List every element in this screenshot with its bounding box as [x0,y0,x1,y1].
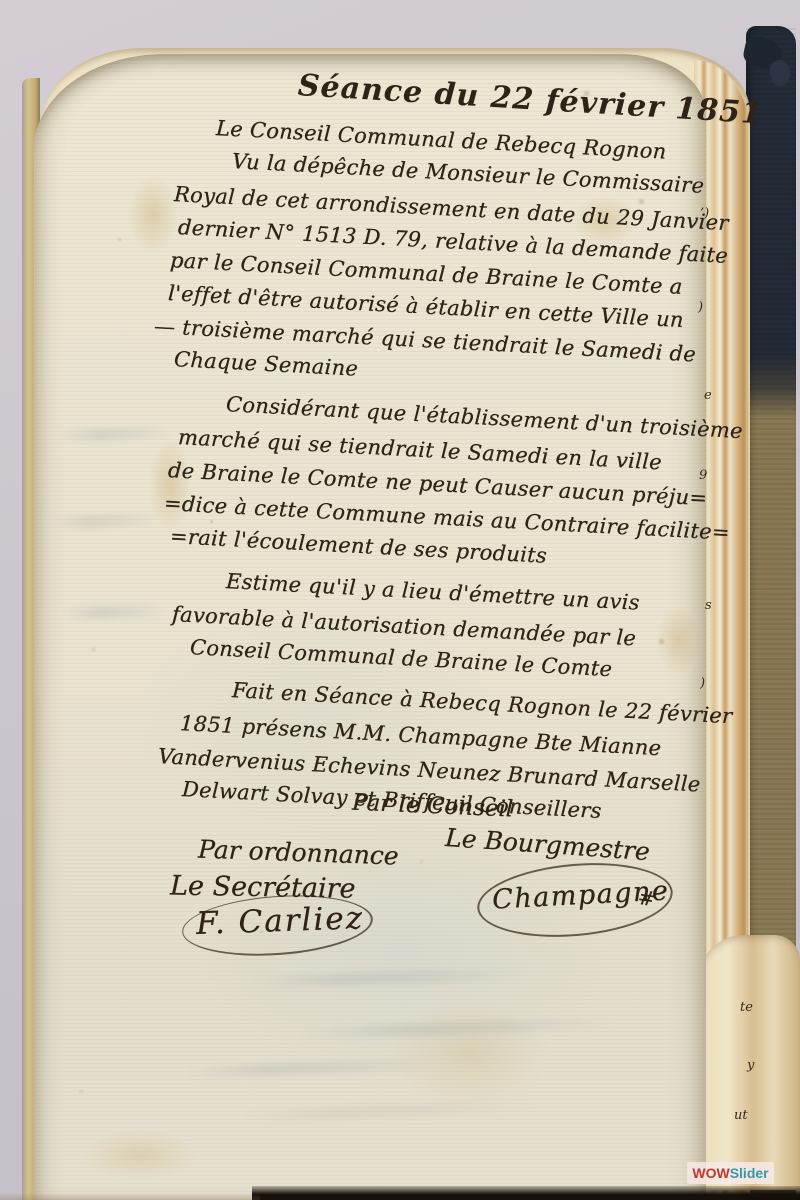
paper-stain [60,1120,220,1190]
bottom-shadow [0,1193,260,1200]
foxing-dots [0,0,3,3]
signature-paraph: # [636,885,656,911]
photo-of-register-page: Séance du 22 février 1851 Le Conseil Com… [0,0,800,1200]
signature-carliez: F. Carliez [195,900,364,942]
edge-fragment: ut [734,1108,748,1123]
edge-fragment: s [705,598,712,613]
watermark-link[interactable]: WOWSlider [687,1162,774,1184]
edge-fragment: y [747,1058,754,1073]
edge-fragment: ) [698,300,703,315]
edge-fragment: ) [700,676,705,691]
edge-fragment: te [740,1000,753,1015]
watermark-wow: WOW [692,1165,729,1181]
manuscript-body: Le Conseil Communal de Rebecq Rognon Vu … [170,112,730,806]
edge-fragment: e [704,388,712,403]
watermark-slider: Slider [730,1165,769,1181]
edge-fragment: ’) [700,206,709,221]
edge-fragment: 9 [699,468,707,483]
bottom-shadow [252,1186,800,1200]
